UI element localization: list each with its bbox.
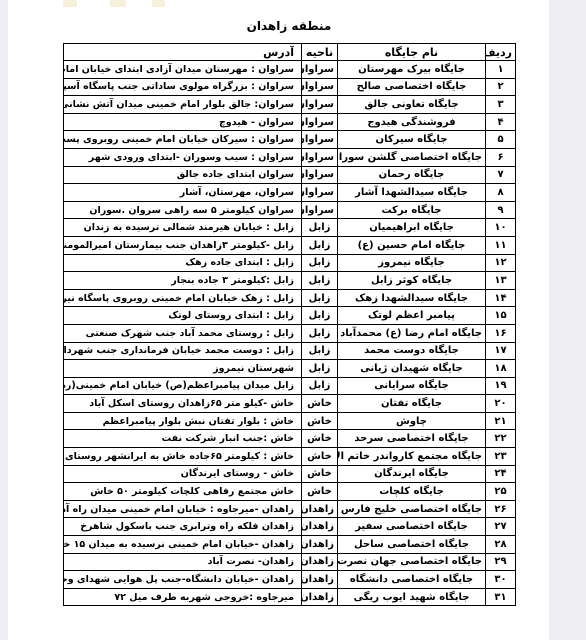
- table-row: ۳۱جایگاه شهید ایوب ریگیزاهدانمیرجاوه :خر…: [64, 588, 516, 606]
- row-number-cell: ۱۵: [486, 307, 516, 325]
- address-cell: زابل :کیلومتر ۳ جاده بنجار: [64, 272, 302, 290]
- station-name-cell: جایگاه سرایانی: [338, 377, 486, 395]
- table-row: ۳۰جایگاه اختصاصی دانشگاهزاهدانزاهدان -خی…: [64, 571, 516, 589]
- address-cell: زاهدان -خیابان دانشگاه-جنب پل هوایی شهدا…: [64, 571, 302, 589]
- station-name-cell: جایگاه اختصاصی صالح: [338, 78, 486, 96]
- table-row: ۱۹جایگاه سرایانیزابلزابل میدان پیامبراعظ…: [64, 377, 516, 395]
- row-number-cell: ۱۴: [486, 289, 516, 307]
- station-name-cell: جایگاه ایرندگان: [338, 465, 486, 483]
- district-cell: زابل: [302, 377, 338, 395]
- station-name-cell: فروشندگی هیدوج: [338, 113, 486, 131]
- district-cell: سراوان: [302, 113, 338, 131]
- header-station-name: نام جایگاه: [338, 44, 486, 61]
- address-cell: خاش : کیلومتر ۶۵جاده خاش به ایرانشهر روس…: [64, 448, 302, 466]
- district-cell: زاهدان: [302, 553, 338, 571]
- table-row: ۲۹جایگاه اختصاصی جهان نصرت آبادزاهدانزاه…: [64, 553, 516, 571]
- address-cell: خاش - روستای ایرندگان: [64, 465, 302, 483]
- table-row: ۹جایگاه برکتسراوانسراوان کیلومتر ۵ سه را…: [64, 201, 516, 219]
- row-number-cell: ۲۴: [486, 465, 516, 483]
- address-cell: سراوان : مهرستان میدان آزادی ابتدای خیاب…: [64, 61, 302, 79]
- stations-table: ردیف نام جایگاه ناحیه آدرس ۱جایگاه بیرک …: [63, 43, 516, 606]
- address-cell: سراوان: جالق بلوار امام خمینی میدان آتش …: [64, 96, 302, 114]
- table-row: ۵جایگاه سیرکانسراوانسراوان : سیرکان خیاب…: [64, 131, 516, 149]
- table-row: ۱۱جایگاه امام حسین (ع)زابلزابل -کیلومتر …: [64, 236, 516, 254]
- station-table-body: ۱جایگاه بیرک مهرستانسراوانسراوان : مهرست…: [64, 61, 516, 606]
- table-row: ۱۶جایگاه امام رضا (ع) محمدآبادزابلزابل :…: [64, 324, 516, 342]
- station-name-cell: جایگاه اختصاصی دانشگاه: [338, 571, 486, 589]
- row-number-cell: ۱: [486, 61, 516, 79]
- station-name-cell: جایگاه تعاونی جالق: [338, 96, 486, 114]
- header-district: ناحیه: [302, 44, 338, 61]
- station-name-cell: جایگاه اختصاصی ساحل: [338, 536, 486, 554]
- header-row: ردیف نام جایگاه ناحیه آدرس: [64, 44, 516, 61]
- address-cell: زابل : روستای محمد آباد جنب شهرک صنعتی: [64, 324, 302, 342]
- table-row: ۱جایگاه بیرک مهرستانسراوانسراوان : مهرست…: [64, 61, 516, 79]
- screenshot-root: { "colors": { "border": "#000000", "page…: [0, 0, 586, 640]
- district-cell: زاهدان: [302, 588, 338, 606]
- address-cell: زابل میدان پیامبراعظم(ص) خیابان امام خمی…: [64, 377, 302, 395]
- row-number-cell: ۲۷: [486, 518, 516, 536]
- station-name-cell: جایگاه نیمروز: [338, 254, 486, 272]
- district-cell: خاش: [302, 412, 338, 430]
- district-cell: سراوان: [302, 166, 338, 184]
- district-cell: زابل: [302, 254, 338, 272]
- table-row: ۱۸جایگاه شهیدان ژیانیزابلشهرستان نیمروز: [64, 360, 516, 378]
- address-cell: خاش : بلوار تفتان نبش بلوار پیامبراعظم: [64, 412, 302, 430]
- row-number-cell: ۱۳: [486, 272, 516, 290]
- address-cell: سراوان - هیدوچ: [64, 113, 302, 131]
- row-number-cell: ۲۱: [486, 412, 516, 430]
- district-cell: خاش: [302, 483, 338, 501]
- address-cell: خاش -کیلو متر ۶۵زاهدان روستای اسکل آباد: [64, 395, 302, 413]
- station-name-cell: جایگاه کلچات: [338, 483, 486, 501]
- table-row: ۲۱چاوشخاشخاش : بلوار تفتان نبش بلوار پیا…: [64, 412, 516, 430]
- address-cell: زابل : دوست محمد خیابان فرمانداری جنب شه…: [64, 342, 302, 360]
- table-row: ۲۳جایگاه مجتمع کارواندر خاتم الانبیاءخاش…: [64, 448, 516, 466]
- row-number-cell: ۲۲: [486, 430, 516, 448]
- address-cell: سراوان : بزرگراه مولوی ساداتی جنب پاسگاه…: [64, 78, 302, 96]
- station-name-cell: جایگاه امام حسین (ع): [338, 236, 486, 254]
- table-row: ۷جایگاه رحمانسراوانسراوان ابتدای جاده جا…: [64, 166, 516, 184]
- district-cell: سراوان: [302, 148, 338, 166]
- row-number-cell: ۴: [486, 113, 516, 131]
- station-name-cell: جایگاه کوثر زابل: [338, 272, 486, 290]
- district-cell: زابل: [302, 324, 338, 342]
- table-row: ۱۰جایگاه ابراهیمیانزابلزابل : خیابان هیر…: [64, 219, 516, 237]
- station-name-cell: جایگاه اختصاصی جهان نصرت آباد: [338, 553, 486, 571]
- district-cell: زابل: [302, 342, 338, 360]
- district-cell: زابل: [302, 307, 338, 325]
- row-number-cell: ۹: [486, 201, 516, 219]
- address-cell: زابل : ابتدای روستای لوتک: [64, 307, 302, 325]
- station-name-cell: جایگاه شهید ایوب ریگی: [338, 588, 486, 606]
- row-number-cell: ۲۰: [486, 395, 516, 413]
- row-number-cell: ۱۶: [486, 324, 516, 342]
- station-name-cell: جایگاه برکت: [338, 201, 486, 219]
- station-name-cell: جایگاه دوست محمد: [338, 342, 486, 360]
- station-name-cell: جایگاه اختصاصی سرحد: [338, 430, 486, 448]
- header-row-number: ردیف: [486, 44, 516, 61]
- district-cell: زاهدان: [302, 536, 338, 554]
- table-row: ۸جایگاه سیدالشهدا آشارسراوانسراوان، مهرس…: [64, 184, 516, 202]
- district-cell: خاش: [302, 395, 338, 413]
- station-name-cell: جایگاه رحمان: [338, 166, 486, 184]
- station-name-cell: جایگاه شهیدان ژیانی: [338, 360, 486, 378]
- district-cell: زابل: [302, 360, 338, 378]
- address-cell: سراوان کیلومتر ۵ سه راهی سروان .سوران: [64, 201, 302, 219]
- station-name-cell: جایگاه بیرک مهرستان: [338, 61, 486, 79]
- district-cell: خاش: [302, 448, 338, 466]
- address-cell: سراوان : سیب وسوران -ابتدای ورودی شهر: [64, 148, 302, 166]
- row-number-cell: ۸: [486, 184, 516, 202]
- table-row: ۱۳جایگاه کوثر زابلزابلزابل :کیلومتر ۳ جا…: [64, 272, 516, 290]
- row-number-cell: ۲۳: [486, 448, 516, 466]
- table-row: ۲۸جایگاه اختصاصی ساحلزاهدانزاهدان -خیابا…: [64, 536, 516, 554]
- district-cell: زاهدان: [302, 518, 338, 536]
- address-cell: زابل : خیابان هیرمند شمالی ترسیده به زند…: [64, 219, 302, 237]
- region-title: منطقه زاهدان: [63, 19, 515, 33]
- address-cell: سراوان : سیرکان خیابان امام خمینی روبروی…: [64, 131, 302, 149]
- faded-top-artifact: [152, 0, 165, 7]
- address-cell: خاش مجتمع رفاهی کلچات کیلومتر ۵۰ خاش: [64, 483, 302, 501]
- district-cell: زاهدان: [302, 500, 338, 518]
- row-number-cell: ۱۰: [486, 219, 516, 237]
- row-number-cell: ۲۶: [486, 500, 516, 518]
- table-row: ۱۲جایگاه نیمروززابلزابل : ابتدای جاده زه…: [64, 254, 516, 272]
- header-address: آدرس: [64, 44, 302, 61]
- address-cell: زاهدان فلکه راه وترابری جنب باسکول شاهرخ: [64, 518, 302, 536]
- address-cell: زاهدان- نصرت آباد: [64, 553, 302, 571]
- station-name-cell: جایگاه اختصاصی گلشن سوران: [338, 148, 486, 166]
- address-cell: سراوان ابتدای جاده جالق: [64, 166, 302, 184]
- table-row: ۲۴جایگاه ایرندگانخاشخاش - روستای ایرندگا…: [64, 465, 516, 483]
- district-cell: خاش: [302, 430, 338, 448]
- address-cell: زابل -کیلومتر ۳زاهدان جنب بیمارستان امیر…: [64, 236, 302, 254]
- table-row: ۱۴جایگاه سیدالشهدا زهکزابلزابل : زهک خیا…: [64, 289, 516, 307]
- district-cell: زابل: [302, 272, 338, 290]
- address-cell: سراوان، مهرستان، آشار: [64, 184, 302, 202]
- row-number-cell: ۱۷: [486, 342, 516, 360]
- station-name-cell: پیامبر اعظم لوتک: [338, 307, 486, 325]
- table-row: ۲۷جایگاه اختصاصی سفیرزاهدانزاهدان فلکه ر…: [64, 518, 516, 536]
- table-row: ۴فروشندگی هیدوجسراوانسراوان - هیدوچ: [64, 113, 516, 131]
- row-number-cell: ۳۱: [486, 588, 516, 606]
- station-name-cell: جایگاه مجتمع کارواندر خاتم الانبیاء: [338, 448, 486, 466]
- row-number-cell: ۱۸: [486, 360, 516, 378]
- station-name-cell: جایگاه اختصاصی خلیج فارس: [338, 500, 486, 518]
- district-cell: سراوان: [302, 61, 338, 79]
- table-header: ردیف نام جایگاه ناحیه آدرس: [64, 44, 516, 61]
- station-name-cell: چاوش: [338, 412, 486, 430]
- district-cell: زابل: [302, 236, 338, 254]
- row-number-cell: ۵: [486, 131, 516, 149]
- station-name-cell: جایگاه ابراهیمیان: [338, 219, 486, 237]
- district-cell: سراوان: [302, 96, 338, 114]
- table-row: ۱۷جایگاه دوست محمدزابلزابل : دوست محمد خ…: [64, 342, 516, 360]
- faded-top-artifact: [63, 0, 77, 7]
- address-cell: شهرستان نیمروز: [64, 360, 302, 378]
- table-row: ۲جایگاه اختصاصی صالحسراوانسراوان : بزرگر…: [64, 78, 516, 96]
- row-number-cell: ۱۹: [486, 377, 516, 395]
- table-row: ۲۵جایگاه کلچاتخاشخاش مجتمع رفاهی کلچات ک…: [64, 483, 516, 501]
- district-cell: خاش: [302, 465, 338, 483]
- district-cell: سراوان: [302, 131, 338, 149]
- station-name-cell: جایگاه امام رضا (ع) محمدآباد: [338, 324, 486, 342]
- row-number-cell: ۳۰: [486, 571, 516, 589]
- row-number-cell: ۳: [486, 96, 516, 114]
- table-row: ۱۵پیامبر اعظم لوتکزابلزابل : ابتدای روست…: [64, 307, 516, 325]
- table-row: ۲۰جایگاه تفتانخاشخاش -کیلو متر ۶۵زاهدان …: [64, 395, 516, 413]
- row-number-cell: ۲۸: [486, 536, 516, 554]
- district-cell: زابل: [302, 289, 338, 307]
- table-row: ۳جایگاه تعاونی جالقسراوانسراوان: جالق بل…: [64, 96, 516, 114]
- row-number-cell: ۲۵: [486, 483, 516, 501]
- faded-top-artifact: [110, 0, 126, 7]
- station-name-cell: جایگاه سیرکان: [338, 131, 486, 149]
- station-name-cell: جایگاه اختصاصی سفیر: [338, 518, 486, 536]
- district-cell: زاهدان: [302, 571, 338, 589]
- address-cell: میرجاوه :خروجی شهربه طرف میل ۷۲: [64, 588, 302, 606]
- address-cell: زاهدان -میرجاوه : خیابان امام خمینی میدا…: [64, 500, 302, 518]
- station-name-cell: جایگاه تفتان: [338, 395, 486, 413]
- row-number-cell: ۲: [486, 78, 516, 96]
- district-cell: سراوان: [302, 78, 338, 96]
- address-cell: زاهدان -خیابان امام خمینی نرسیده به میدا…: [64, 536, 302, 554]
- address-cell: زابل : ابتدای جاده زهک: [64, 254, 302, 272]
- address-cell: زابل : زهک خیابان امام خمینی روبروی پاسگ…: [64, 289, 302, 307]
- station-name-cell: جایگاه سیدالشهدا آشار: [338, 184, 486, 202]
- address-cell: خاش :جنب انبار شرکت نفت: [64, 430, 302, 448]
- station-name-cell: جایگاه سیدالشهدا زهک: [338, 289, 486, 307]
- row-number-cell: ۱۲: [486, 254, 516, 272]
- table-row: ۲۶جایگاه اختصاصی خلیج فارسزاهدانزاهدان -…: [64, 500, 516, 518]
- district-cell: زابل: [302, 219, 338, 237]
- table-row: ۶جایگاه اختصاصی گلشن سورانسراوانسراوان :…: [64, 148, 516, 166]
- row-number-cell: ۷: [486, 166, 516, 184]
- district-cell: سراوان: [302, 201, 338, 219]
- table-row: ۲۲جایگاه اختصاصی سرحدخاشخاش :جنب انبار ش…: [64, 430, 516, 448]
- row-number-cell: ۲۹: [486, 553, 516, 571]
- row-number-cell: ۱۱: [486, 236, 516, 254]
- district-cell: سراوان: [302, 184, 338, 202]
- row-number-cell: ۶: [486, 148, 516, 166]
